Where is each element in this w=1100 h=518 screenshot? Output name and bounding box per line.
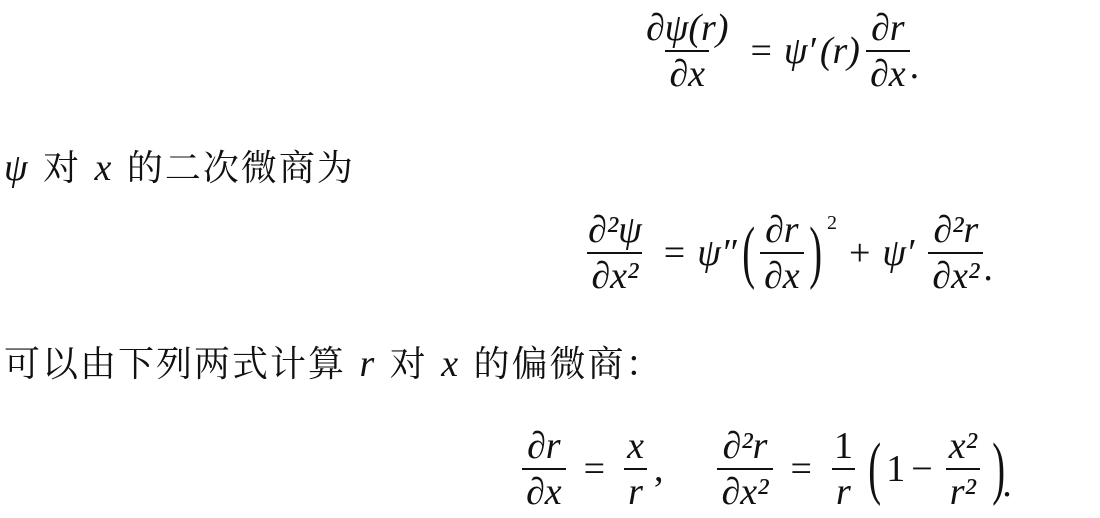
- numerator: ∂²r: [929, 208, 982, 252]
- equals-sign: =: [750, 29, 771, 73]
- denominator: ∂x²: [717, 468, 772, 514]
- equation-second-derivative: ∂²ψ ∂x² = ψ″ ( ∂r ∂x ) 2 + ψ′ ∂²r ∂x² .: [578, 208, 993, 298]
- plus-sign: +: [849, 231, 870, 275]
- text: 对: [43, 148, 81, 189]
- fraction: ∂r ∂x: [866, 6, 910, 96]
- numerator: 1: [830, 424, 857, 468]
- fraction: ∂r ∂x: [760, 208, 804, 298]
- text-line-second-derivative: ψ 对 x 的二次微商为: [4, 140, 355, 191]
- numerator: ∂r: [761, 208, 803, 252]
- denominator: r: [832, 468, 855, 514]
- period: .: [983, 246, 993, 290]
- denominator: ∂x²: [928, 252, 983, 298]
- psi-double-prime: ψ″: [697, 231, 736, 275]
- numerator: ∂²ψ: [584, 208, 646, 252]
- numerator: ∂²r: [719, 424, 772, 468]
- exponent: 2: [827, 212, 837, 235]
- denominator: r²: [946, 468, 980, 514]
- text: 的偏微商：: [474, 344, 664, 385]
- fraction: ∂²r ∂x²: [717, 424, 772, 514]
- comma: ,: [654, 447, 664, 491]
- fraction: ∂²ψ ∂x²: [584, 208, 646, 298]
- numerator: x: [623, 424, 648, 468]
- denominator: ∂x: [522, 468, 566, 514]
- text: 的二次微商为: [127, 148, 355, 189]
- denominator: r: [624, 468, 647, 514]
- fraction: 1 r: [830, 424, 857, 514]
- period: .: [910, 44, 920, 88]
- equals-sign: =: [791, 447, 812, 491]
- equals-sign: =: [584, 447, 605, 491]
- left-paren: (: [868, 434, 881, 504]
- numerator: x²: [945, 424, 981, 468]
- left-paren: (: [742, 218, 755, 288]
- denominator: ∂x: [760, 252, 804, 298]
- numerator: ∂r: [523, 424, 565, 468]
- text-line-partial-derivatives: 可以由下列两式计算 r 对 x 的偏微商：: [4, 336, 664, 387]
- r-symbol: r: [359, 343, 376, 385]
- psi-symbol: ψ: [4, 147, 30, 189]
- psi-prime: ψ′: [882, 231, 914, 275]
- denominator: ∂x: [866, 50, 910, 96]
- equation-first-derivative: ∂ψ(r) ∂x = ψ′ (r) ∂r ∂x .: [636, 6, 919, 96]
- fraction: ∂²r ∂x²: [928, 208, 983, 298]
- minus-sign: −: [911, 447, 932, 491]
- right-paren: ): [809, 218, 822, 288]
- x-symbol: x: [441, 343, 460, 385]
- denominator: ∂x²: [587, 252, 642, 298]
- denominator: ∂x: [665, 50, 709, 96]
- text: 对: [390, 344, 428, 385]
- right-paren: ): [992, 434, 1005, 504]
- fraction: ∂ψ(r) ∂x: [642, 6, 732, 96]
- fraction: x r: [623, 424, 648, 514]
- fraction: ∂r ∂x: [522, 424, 566, 514]
- fraction: x² r²: [945, 424, 981, 514]
- equation-r-derivatives: ∂r ∂x = x r , ∂²r ∂x² = 1 r ( 1 − x² r² …: [516, 424, 1012, 514]
- one: 1: [886, 447, 905, 491]
- numerator: ∂r: [867, 6, 909, 50]
- equals-sign: =: [664, 231, 685, 275]
- psi-prime: ψ′: [784, 29, 816, 73]
- text: 可以由下列两式计算: [4, 344, 346, 385]
- x-symbol: x: [95, 147, 114, 189]
- numerator: ∂ψ(r): [642, 6, 732, 50]
- argument: (r): [820, 29, 860, 73]
